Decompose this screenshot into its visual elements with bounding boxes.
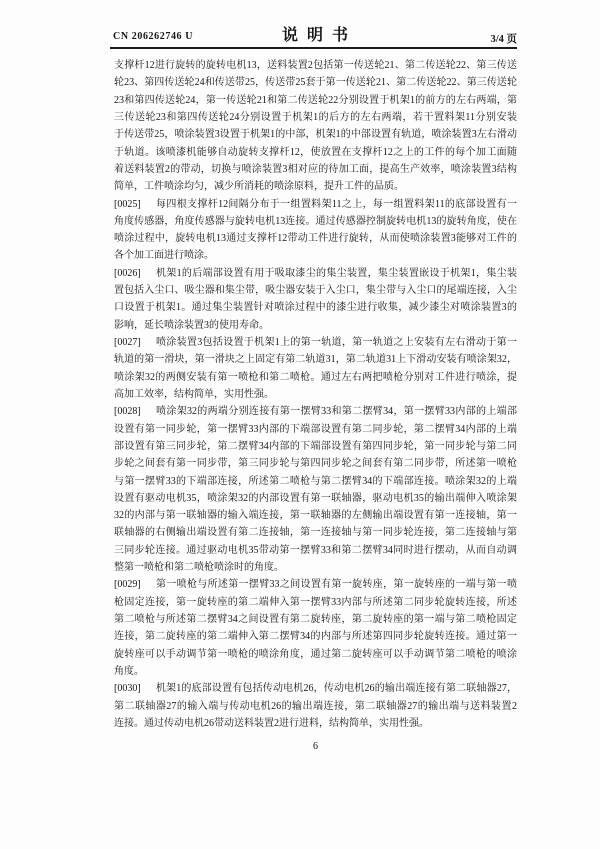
paragraph-number-label: [0025] bbox=[114, 199, 141, 210]
paragraph: [0025]每四根支撑杆12间隔分布于一组置料架11之上，每一组置料架11的底部… bbox=[114, 196, 517, 265]
text-line: 三同步轮连接。通过驱动电机35带动第一摆臂33和第二摆臂34同时进行摆动，从而自… bbox=[114, 542, 517, 559]
text-line: 角度。 bbox=[114, 663, 517, 680]
text-line: 于传送带25，喷涂装置3设置于机架1的中部，机架1的中部设置有轨道，喷涂装置3左… bbox=[114, 126, 517, 143]
page-indicator: 3/4 页 bbox=[490, 31, 517, 46]
text-line: 高加工效率，结构简单，实用性强。 bbox=[114, 386, 517, 403]
paragraph-text: 喷涂装置3包括设置于机架1上的第一轨道，第一轨道之上安装有左右滑动于第一 bbox=[156, 337, 517, 348]
text-line: 联轴器的右侧输出端设置有第二连接轴，第一连接轴与第一同步轮连接，第二连接轴与第 bbox=[114, 524, 517, 541]
text-line: 支撑杆12进行旋转的旋转电机13，送料装置2包括第一传送轮21、第二传送轮22、… bbox=[114, 57, 517, 74]
text-line: 与第一摆臂33的下端部连接，所述第二喷枪与第二摆臂34的下端部连接。喷涂架32的… bbox=[114, 473, 517, 490]
text-line: 轮23、第四传送轮24和传送带25，传送带25套于第一传送轮21、第二传送轮22… bbox=[114, 74, 517, 91]
text-line: [0030]机架1的底部设置有包括传动电机26，传动电机26的输出端连接有第二联… bbox=[114, 680, 517, 697]
text-line: 三传送轮23和第四传送轮24分别设置于机架1的后方的左右两端，若干置料架11分别… bbox=[114, 109, 517, 126]
text-line: [0026]机架1的后端部设置有用于吸取漆尘的集尘装置，集尘装置嵌设于机架1，集… bbox=[114, 265, 517, 282]
text-line: 各个加工面进行喷涂。 bbox=[114, 247, 517, 264]
text-line: 喷涂架32的两侧安装有第一喷枪和第二喷枪。通过左右两把喷枪分别对工件进行喷涂，提 bbox=[114, 369, 517, 386]
header-divider bbox=[110, 47, 517, 49]
text-line: 口设置于机架1。通过集尘装置针对喷涂过程中的漆尘进行收集，减少漆尘对喷涂装置3的 bbox=[114, 299, 517, 316]
paragraph: [0029]第一喷枪与所述第一摆臂33之间设置有第一旋转座，第一旋转座的一端与第… bbox=[114, 576, 517, 680]
text-line: 32的内部与第一联轴器的输入端连接，第一联轴器的左侧输出端设置有第一连接轴，第一 bbox=[114, 507, 517, 524]
text-line: 部设置有第三同步轮，第二摆臂34内部的下端部设置有第四同步轮，第一同步轮与第二同 bbox=[114, 438, 517, 455]
text-line: 角度传感器，角度传感器与旋转电机13连接。通过传感器控制旋转电机13的旋转角度，… bbox=[114, 213, 517, 230]
patent-specification-page: CN 206262746 U 说明书 3/4 页 支撑杆12进行旋转的旋转电机1… bbox=[0, 0, 600, 849]
text-line: 连接，第二旋转座的第二端伸入第二摆臂34的内部与所述第四同步轮旋转连接。通过第一 bbox=[114, 628, 517, 645]
text-line: 影响，延长喷涂装置3的使用寿命。 bbox=[114, 317, 517, 334]
text-line: 连接。通过传动电机26带动送料装置2进行进料，结构简单，实用性强。 bbox=[114, 715, 517, 732]
text-line: [0028]喷涂架32的两端分别连接有第一摆臂33和第二摆臂34，第一摆臂33内… bbox=[114, 403, 517, 420]
text-line: 步轮之间套有第一同步带，第三同步轮与第四同步轮之间套有第二同步带，所述第一喷枪 bbox=[114, 455, 517, 472]
text-line: 旋转座可以手动调节第一喷枪的喷涂角度，通过第二旋转座可以手动调节第二喷枪的喷涂 bbox=[114, 646, 517, 663]
text-line: [0029]第一喷枪与所述第一摆臂33之间设置有第一旋转座，第一旋转座的一端与第… bbox=[114, 576, 517, 593]
text-line: 设置有第一同步轮，第一摆臂33内部的下端部设置有第二同步轮，第二摆臂34内部的上… bbox=[114, 421, 517, 438]
text-line: 简单，工件喷涂均匀，减少所消耗的喷涂原料，提升工件的品质。 bbox=[114, 178, 517, 195]
paragraph-number-label: [0027] bbox=[114, 337, 141, 348]
text-line: 第二喷枪与所述第二摆臂34之间设置有第二旋转座，第二旋转座的第一端与第二喷枪固定 bbox=[114, 611, 517, 628]
text-line: 枪固定连接，第一旋转座的第二端伸入第一摆臂33内部与所述第二同步轮旋转连接，所述 bbox=[114, 594, 517, 611]
text-line: 设置有驱动电机35，喷涂架32的内部设置有第一联轴器，驱动电机35的输出端伸入喷… bbox=[114, 490, 517, 507]
paragraph-text: 机架1的后端部设置有用于吸取漆尘的集尘装置，集尘装置嵌设于机架1，集尘装 bbox=[156, 268, 517, 279]
text-line: 于轨道。该喷漆机能够自动旋转支撑杆12，使放置在支撑杆12之上的工件的每个加工面… bbox=[114, 144, 517, 161]
page-title: 说明书 bbox=[113, 22, 517, 45]
text-line: [0027]喷涂装置3包括设置于机架1上的第一轨道，第一轨道之上安装有左右滑动于… bbox=[114, 334, 517, 351]
footer-page-number: 6 bbox=[114, 741, 517, 752]
text-line: [0025]每四根支撑杆12间隔分布于一组置料架11之上，每一组置料架11的底部… bbox=[114, 196, 517, 213]
paragraph-text: 喷涂架32的两端分别连接有第一摆臂33和第二摆臂34，第一摆臂33内部的上端部 bbox=[156, 406, 517, 417]
specification-text: 支撑杆12进行旋转的旋转电机13，送料装置2包括第一传送轮21、第二传送轮22、… bbox=[114, 57, 517, 732]
paragraph: [0027]喷涂装置3包括设置于机架1上的第一轨道，第一轨道之上安装有左右滑动于… bbox=[114, 334, 517, 403]
text-line: 整第一喷枪和第二喷枪喷涂时的角度。 bbox=[114, 559, 517, 576]
text-line: 轨道的第一滑块，第一滑块之上固定有第二轨道31，第二轨道31上下滑动安装有喷涂架… bbox=[114, 351, 517, 368]
text-line: 喷涂过程中，旋转电机13通过支撑杆12带动工件进行旋转，从而使喷涂装置3能够对工… bbox=[114, 230, 517, 247]
paragraph-number-label: [0028] bbox=[114, 406, 141, 417]
paragraph: 支撑杆12进行旋转的旋转电机13，送料装置2包括第一传送轮21、第二传送轮22、… bbox=[114, 57, 517, 196]
text-line: 着送料装置2的带动，切换与喷涂装置3相对应的待加工面，提高生产效率，喷涂装置3结… bbox=[114, 161, 517, 178]
paragraph-number-label: [0026] bbox=[114, 268, 141, 279]
text-line: 23和第四传送轮24，第一传送轮21和第二传送轮22分别设置于机架1的前方的左右… bbox=[114, 92, 517, 109]
paragraph-number-label: [0030] bbox=[114, 683, 141, 694]
paragraph-text: 第一喷枪与所述第一摆臂33之间设置有第一旋转座，第一旋转座的一端与第一喷 bbox=[156, 579, 517, 590]
paragraph-text: 机架1的底部设置有包括传动电机26，传动电机26的输出端连接有第二联轴器27， bbox=[156, 683, 517, 694]
paragraph: [0026]机架1的后端部设置有用于吸取漆尘的集尘装置，集尘装置嵌设于机架1，集… bbox=[114, 265, 517, 334]
paragraph-text: 每四根支撑杆12间隔分布于一组置料架11之上，每一组置料架11的底部设置有一 bbox=[156, 199, 517, 210]
text-line: 第二联轴器27的输入端与传动电机26的输出端连接，第二联轴器27的输出端与送料装… bbox=[114, 698, 517, 715]
paragraph: [0028]喷涂架32的两端分别连接有第一摆臂33和第二摆臂34，第一摆臂33内… bbox=[114, 403, 517, 576]
paragraph-number-label: [0029] bbox=[114, 579, 141, 590]
text-line: 置包括入尘口、吸尘器和集尘带，吸尘器安装于入尘口，集尘带与入尘口的尾端连接，入尘 bbox=[114, 282, 517, 299]
paragraph: [0030]机架1的底部设置有包括传动电机26，传动电机26的输出端连接有第二联… bbox=[114, 680, 517, 732]
